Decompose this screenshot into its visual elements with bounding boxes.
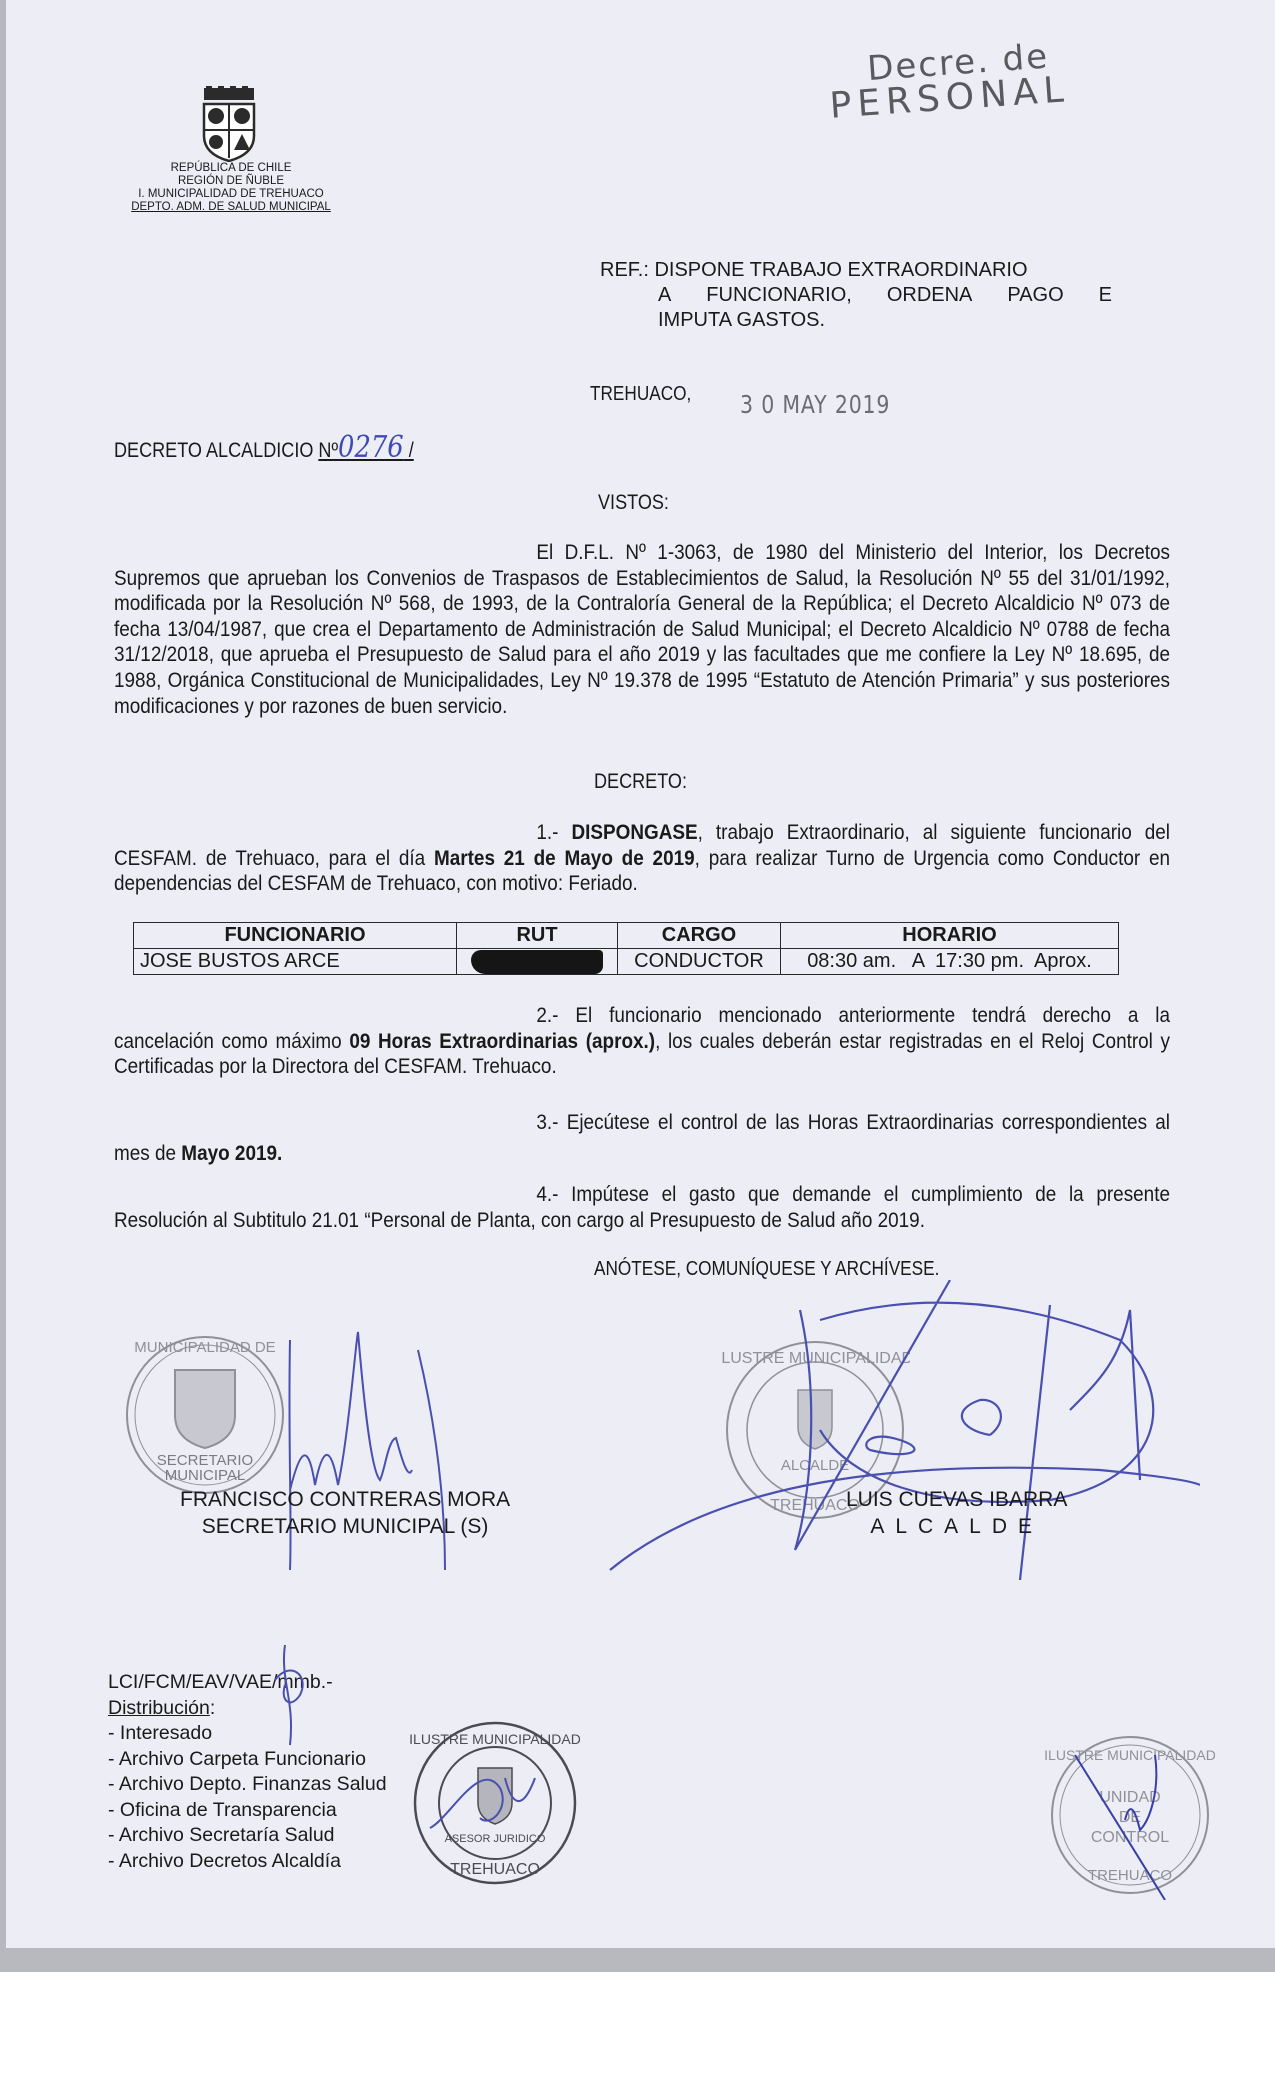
legal-advisor-seal-icon: ILUSTRE MUNICIPALIDAD ASESOR JURIDICO TR… [410, 1718, 580, 1888]
col-funcionario: FUNCIONARIO [134, 923, 457, 949]
handwritten-number: 0276 [338, 430, 404, 465]
initials-signature [270, 1640, 330, 1750]
decree-label: DECRETO ALCALDICIO [114, 439, 318, 462]
secretary-name: FRANCISCO CONTRERAS MORA [180, 1486, 510, 1513]
decree-number: DECRETO ALCALDICIO Nº0276 / [114, 430, 414, 465]
header-department: DEPTO. ADM. DE SALUD MUNICIPAL [100, 201, 362, 214]
secretary-seal-icon: SECRETARIO MUNICIPAL MUNICIPALIDAD DE [120, 1330, 290, 1500]
distribution-heading: Distribución [108, 1697, 210, 1719]
item-3: 3.- Ejecútese el control de las Horas Ex… [114, 1107, 1170, 1169]
header-line: REPÚBLICA DE CHILE [100, 162, 362, 175]
item-2: 2.- El funcionario mencionado anteriorme… [114, 1003, 1170, 1080]
item-4: 4.- Impútese el gasto que demande el cum… [114, 1182, 1170, 1233]
vistos-text: El D.F.L. Nº 1-3063, de 1980 del Ministe… [114, 540, 1170, 719]
mayor-signature-block: LUIS CUEVAS IBARRA ALCALDE [846, 1486, 1067, 1540]
cell-cargo: CONDUCTOR [618, 949, 781, 975]
svg-text:ASESOR JURIDICO: ASESOR JURIDICO [445, 1833, 546, 1845]
header-line: REGIÓN DE ÑUBLE [100, 175, 362, 188]
list-item: - Interesado [108, 1721, 387, 1747]
employee-table: FUNCIONARIO RUT CARGO HORARIO JOSE BUSTO… [133, 922, 1119, 975]
secretary-role: SECRETARIO MUNICIPAL (S) [180, 1513, 510, 1540]
cell-funcionario: JOSE BUSTOS ARCE [134, 949, 457, 975]
control-unit-seal-icon: ILUSTRE MUNICIPALIDAD UNIDAD DE CONTROL … [1045, 1730, 1215, 1900]
decreto-heading: DECRETO: [594, 770, 687, 794]
svg-text:TREHUACO: TREHUACO [450, 1861, 540, 1878]
svg-text:TREHUACO: TREHUACO [1088, 1867, 1172, 1884]
issuer-header: REPÚBLICA DE CHILE REGIÓN DE ÑUBLE I. MU… [100, 162, 362, 214]
table-row: JOSE BUSTOS ARCE CONDUCTOR 08:30 am. A 1… [134, 949, 1119, 975]
reference-label: REF.: [600, 259, 649, 281]
secretary-signature [270, 1320, 500, 1580]
reference-block: REF.: DISPONE TRABAJO EXTRAORDINARIO A F… [600, 258, 1120, 333]
mayor-role: ALCALDE [846, 1513, 1067, 1540]
col-horario: HORARIO [781, 923, 1119, 949]
table-header-row: FUNCIONARIO RUT CARGO HORARIO [134, 923, 1119, 949]
list-item: - Archivo Depto. Finanzas Salud [108, 1772, 387, 1798]
reference-line3: IMPUTA GASTOS. [600, 308, 1120, 333]
vistos-body: El D.F.L. Nº 1-3063, de 1980 del Ministe… [114, 540, 1170, 719]
coat-of-arms-icon [198, 86, 260, 162]
list-item: - Archivo Carpeta Funcionario [108, 1747, 387, 1773]
vistos-heading: VISTOS: [598, 491, 669, 515]
svg-text:MUNICIPAL: MUNICIPAL [165, 1467, 246, 1484]
list-item: - Archivo Secretaría Salud [108, 1823, 387, 1849]
list-item: - Oficina de Transparencia [108, 1798, 387, 1824]
col-rut: RUT [457, 923, 618, 949]
col-cargo: CARGO [618, 923, 781, 949]
svg-text:ILUSTRE MUNICIPALIDAD: ILUSTRE MUNICIPALIDAD [410, 1731, 580, 1747]
initials: LCI/FCM/EAV/VAE/mmb.- [108, 1670, 387, 1696]
closing-formula: ANÓTESE, COMUNÍQUESE Y ARCHÍVESE. [594, 1258, 939, 1281]
list-item: - Archivo Decretos Alcaldía [108, 1849, 387, 1875]
header-line: I. MUNICIPALIDAD DE TREHUACO [100, 188, 362, 201]
reference-line2: A FUNCIONARIO, ORDENA PAGO E [600, 283, 1112, 308]
date-stamp: 3 0 MAY 2019 [740, 390, 890, 419]
decree-number-prefix: Nº0276 / [318, 439, 413, 462]
cell-horario: 08:30 am. A 17:30 pm. Aprox. [781, 949, 1119, 975]
mayor-name: LUIS CUEVAS IBARRA [846, 1486, 1067, 1513]
item-1: 1.- DISPONGASE, trabajo Extraordinario, … [114, 820, 1170, 897]
svg-text:ILUSTRE MUNICIPALIDAD: ILUSTRE MUNICIPALIDAD [1045, 1747, 1215, 1763]
redaction-mark [471, 950, 603, 974]
distribution-block: LCI/FCM/EAV/VAE/mmb.- Distribución: - In… [108, 1670, 387, 1874]
cell-rut [457, 949, 618, 975]
svg-text:MUNICIPALIDAD DE: MUNICIPALIDAD DE [134, 1339, 275, 1356]
place: TREHUACO, [590, 383, 691, 406]
reference-line1: DISPONE TRABAJO EXTRAORDINARIO [654, 259, 1027, 281]
secretary-signature-block: FRANCISCO CONTRERAS MORA SECRETARIO MUNI… [180, 1486, 510, 1540]
svg-text:UNIDAD: UNIDAD [1099, 1789, 1160, 1806]
